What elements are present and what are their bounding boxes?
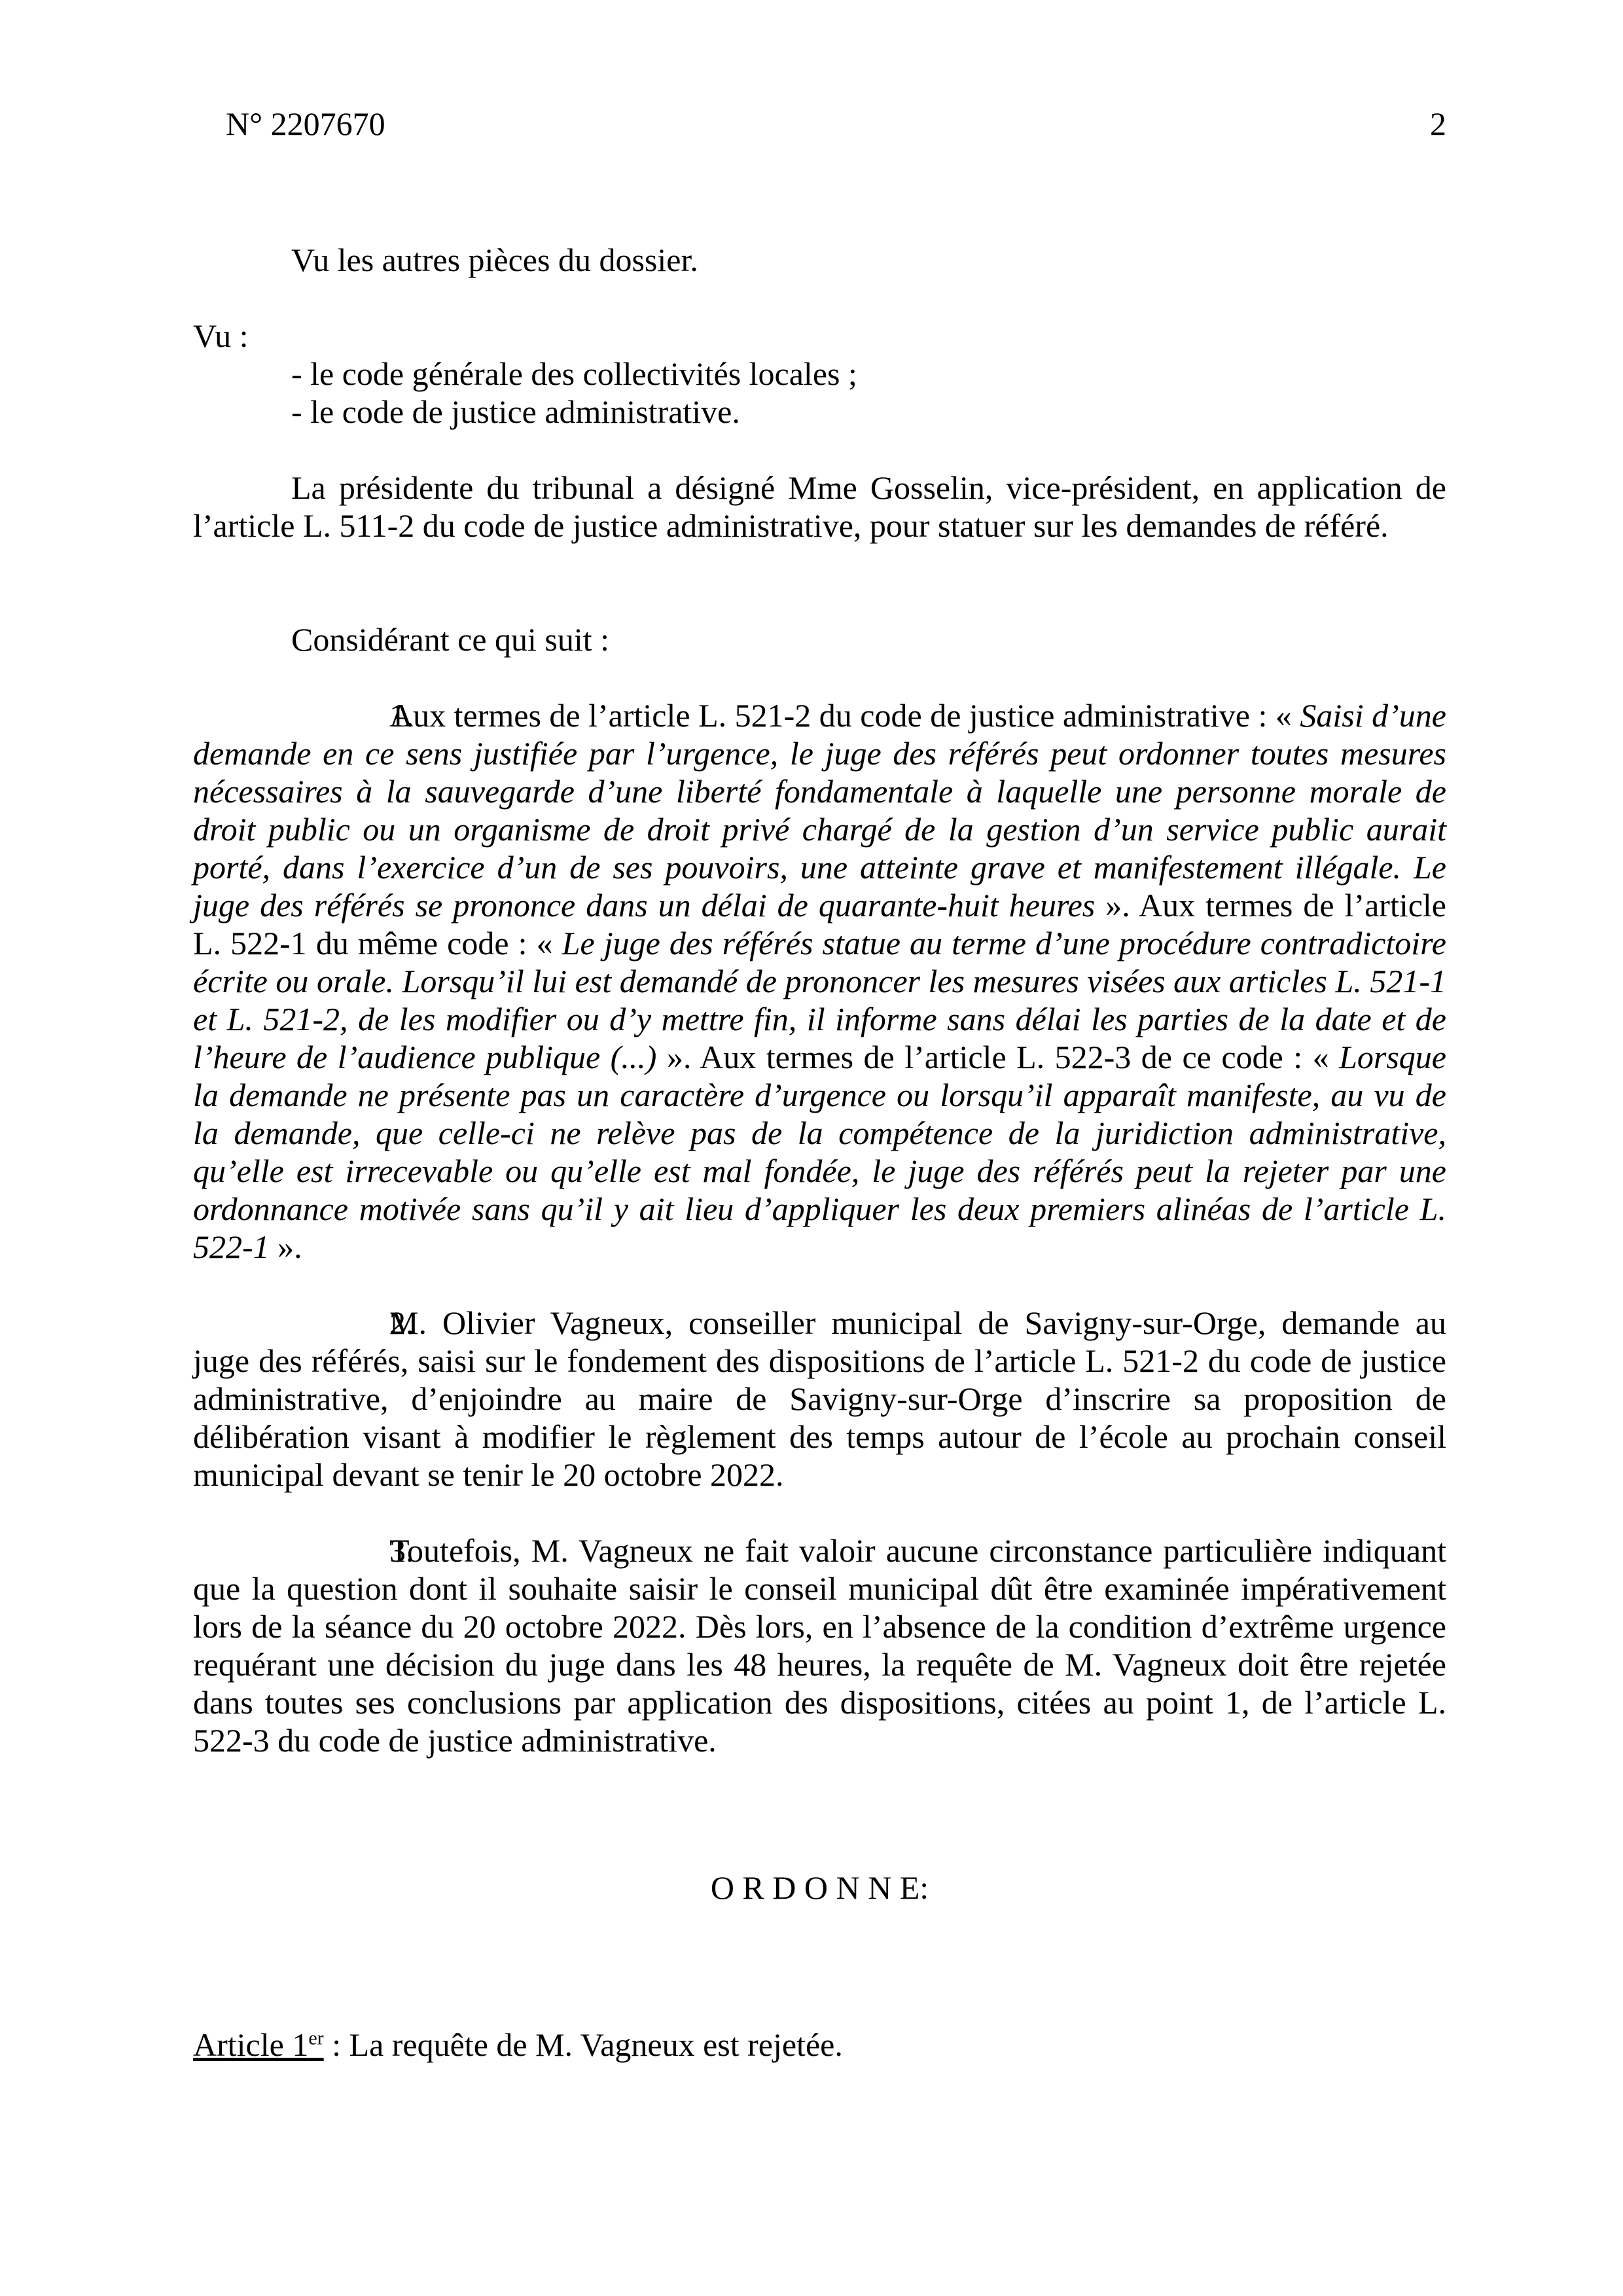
visa-code-item-2: - le code de justice administrative.: [193, 393, 1446, 431]
point-1: 1.Aux termes de l’article L. 521-2 du co…: [193, 696, 1446, 1266]
article-1-text: : La requête de M. Vagneux est rejetée.: [324, 2026, 843, 2063]
document-page: N° 2207670 2 Vu les autres pièces du dos…: [0, 0, 1623, 2296]
point-2-number: 2.: [291, 1304, 389, 1342]
considerant-heading: Considérant ce qui suit :: [193, 620, 1446, 658]
ordonne-heading: O R D O N N E:: [193, 1869, 1446, 1907]
point-2: 2.M. Olivier Vagneux, conseiller municip…: [193, 1304, 1446, 1494]
point-3: 3.Toutefois, M. Vagneux ne fait valoir a…: [193, 1532, 1446, 1759]
visa-code-item-1: - le code générale des collectivités loc…: [193, 355, 1446, 393]
point-1-text: Aux termes de l’article L. 521-2 du code…: [193, 697, 1446, 1265]
article-1-label-text: Article 1: [193, 2026, 308, 2063]
point-3-number: 3.: [291, 1532, 389, 1570]
point-1-number: 1.: [291, 696, 389, 734]
vu-label: Vu :: [193, 317, 1446, 355]
case-number: N° 2207670: [226, 105, 385, 143]
article-1-superscript: er: [308, 2027, 323, 2049]
article-1-label: Article 1er: [193, 2026, 324, 2063]
page-header: N° 2207670 2: [193, 105, 1446, 143]
visa-other-docs: Vu les autres pièces du dossier.: [193, 241, 1446, 279]
designation-paragraph: La présidente du tribunal a désigné Mme …: [193, 469, 1446, 545]
article-1: Article 1er : La requête de M. Vagneux e…: [193, 2026, 1446, 2064]
page-number: 2: [1430, 105, 1446, 143]
